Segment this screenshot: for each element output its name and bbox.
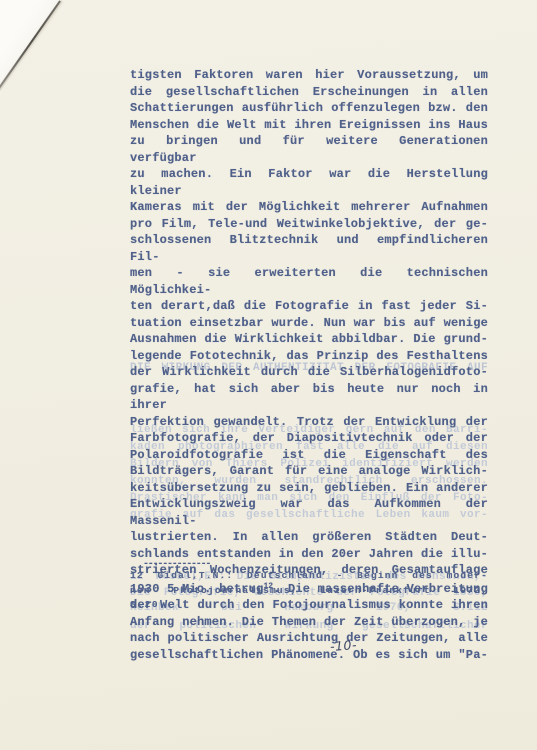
body-line: tuation einsetzbar wurde. Nun war bis au…	[130, 315, 488, 332]
footnote-line: S.20	[130, 598, 488, 613]
body-line: die gesellschaftlichen Erscheinungen in …	[130, 84, 488, 101]
body-line: Kameras mit der Möglichkeit mehrerer Auf…	[130, 199, 488, 216]
body-line: keitsübersetzung zu sein, geblieben. Ein…	[130, 480, 488, 497]
body-line: Bildträgers, Garant für eine analoge Wir…	[130, 463, 488, 480]
footnote-line: 12 Gidal,T.N.: Deutschland - Beginn des …	[130, 569, 488, 584]
page-number-label: -10-	[329, 637, 357, 654]
body-line: pro Film, Tele-und Weitwinkelobjektive, …	[130, 216, 488, 233]
body-line: Perfektion gewandelt. Trotz der Entwickl…	[130, 414, 488, 431]
body-line: der Wirklichkeit durch die Silberhalogen…	[130, 364, 488, 381]
body-line: zu bringen und für weitere Generationen …	[130, 133, 488, 166]
body-line: zu machen. Ein Faktor war die Herstellun…	[130, 166, 488, 199]
body-line: Schattierungen ausführlich offenzulegen …	[130, 100, 488, 117]
body-line: lustrierten. In allen größeren Städten D…	[130, 529, 488, 546]
body-line: Entwicklungszweig war das Aufkommen der …	[130, 496, 488, 529]
body-line: Anfang nehmen. Die Themen der Zeit überz…	[130, 614, 488, 631]
body-line: tigsten Faktoren waren hier Voraussetzun…	[130, 67, 488, 84]
body-line: grafie, hat sich aber bis heute nur noch…	[130, 381, 488, 414]
body-line: schlossenen Blitztechnik und empfindlich…	[130, 232, 488, 265]
body-line: men - sie erweiterten die technischen Mö…	[130, 265, 488, 298]
body-line: Farbfotografie, der Diapositivtechnik od…	[130, 430, 488, 447]
footnote: -------------- 12 Gidal,T.N.: Deutschlan…	[130, 561, 488, 613]
document-page: DIE WIRKUNG DER AUTHENTIZITÄT DER FOTOGR…	[0, 0, 537, 750]
body-line: ten derart,daß die Fotografie in fast je…	[130, 298, 488, 315]
body-line: Ausnahmen die Wirklichkeit abbildbar. Di…	[130, 331, 488, 348]
body-line: Menschen die Welt mit ihren Ereignissen …	[130, 117, 488, 134]
scan-corner-artifact	[0, 0, 64, 94]
body-line: legende Fototechnik, das Prinzip des Fes…	[130, 348, 488, 365]
body-line: Polaroidfotografie ist die Eigenschaft d…	[130, 447, 488, 464]
page-number: -10-	[130, 637, 522, 655]
footnote-line: nen Photojournalismus, Luzern-Frankfurt …	[130, 584, 488, 599]
footnote-separator: --------------	[143, 561, 488, 569]
